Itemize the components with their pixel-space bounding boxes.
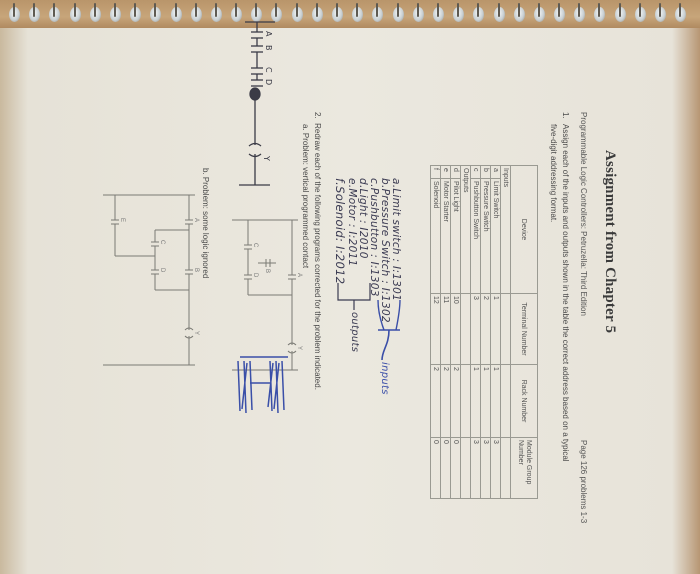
svg-text:Y: Y <box>262 155 271 161</box>
svg-text:A: A <box>296 273 302 277</box>
svg-text:B: B <box>193 268 199 272</box>
svg-text:D: D <box>264 79 273 85</box>
ladder-a-contact-labels: A B C D Y <box>228 215 298 375</box>
ladder-b-contact-labels: A B C D E Y <box>100 190 195 370</box>
svg-text:E: E <box>119 218 125 222</box>
svg-text:A: A <box>264 31 273 37</box>
svg-text:B: B <box>264 45 273 51</box>
blue-ink-scribble <box>230 355 290 425</box>
notebook-photo: Assignment from Chapter 5 Programmable L… <box>0 0 700 574</box>
handwritten-ladder-labels: A B C D Y <box>235 20 275 190</box>
svg-text:D: D <box>252 273 258 278</box>
question-2a-label: a. Problem: vertical programmed contact <box>301 124 310 268</box>
question-2-prompt: Redraw each of the following programs co… <box>313 123 322 390</box>
handwritten-outputs-label: outputs <box>349 312 360 352</box>
svg-text:Y: Y <box>296 346 302 350</box>
svg-text:C: C <box>159 240 165 245</box>
svg-text:C: C <box>264 67 273 73</box>
svg-text:D: D <box>159 268 165 273</box>
svg-text:C: C <box>252 243 258 248</box>
svg-text:A: A <box>193 218 199 222</box>
question-2-number: 2. <box>313 112 322 119</box>
svg-text:Y: Y <box>193 331 199 335</box>
assignment-page: Assignment from Chapter 5 Programmable L… <box>0 0 700 574</box>
svg-text:B: B <box>264 269 270 273</box>
question-2-text: 2. Redraw each of the following programs… <box>313 112 322 390</box>
handwritten-inputs-label: inputs <box>379 362 390 395</box>
question-2b-label: b. Problem: some logic ignored <box>201 168 210 278</box>
